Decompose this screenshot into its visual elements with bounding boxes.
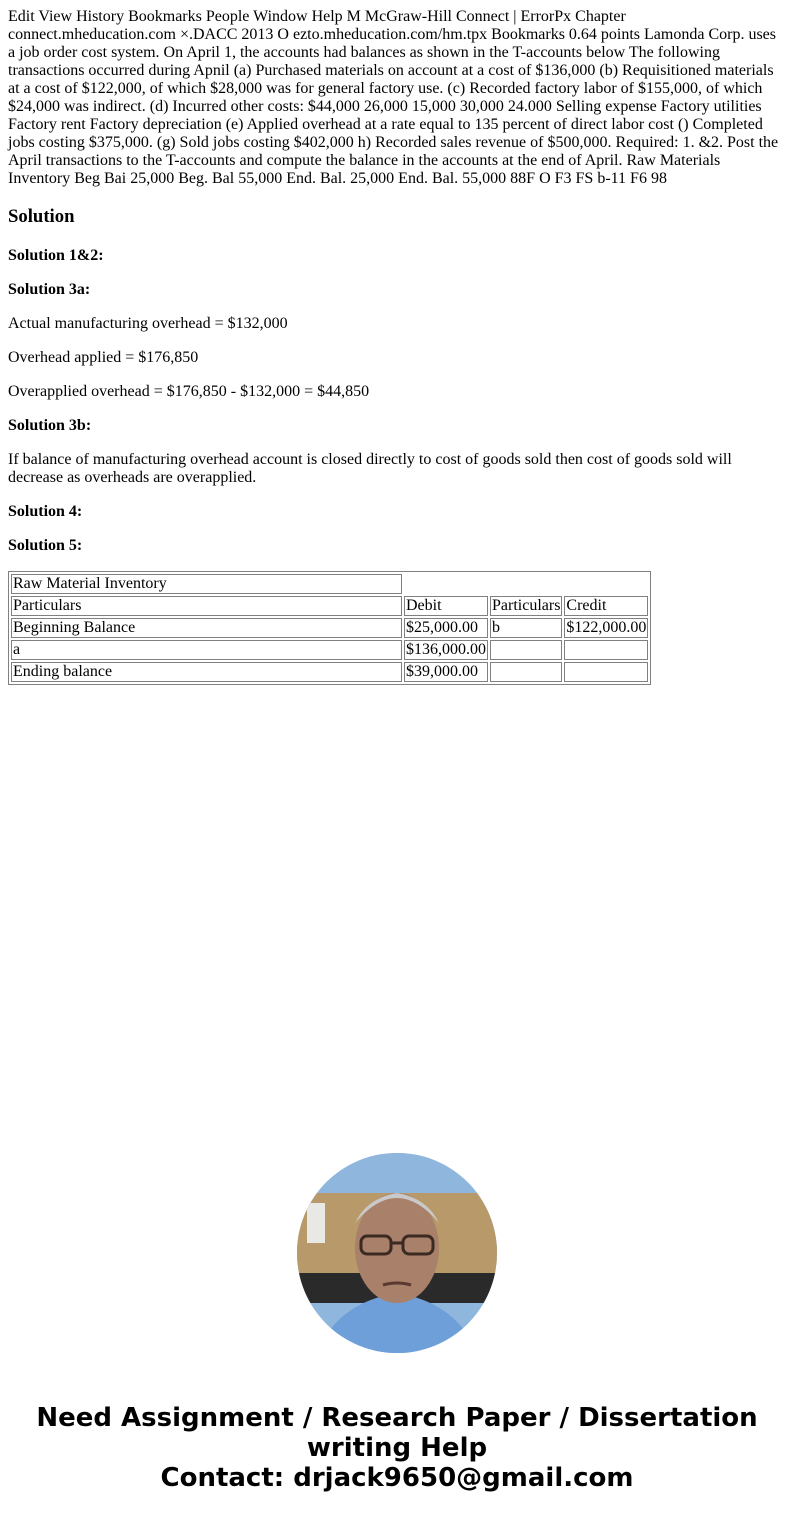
table-header-row: Particulars Debit Particulars Credit: [11, 596, 648, 616]
header-credit: Credit: [564, 596, 648, 616]
cell-credit: [564, 662, 648, 682]
cell-credit: [564, 640, 648, 660]
cell-credit: $122,000.00: [564, 618, 648, 638]
solution-1-2-label: Solution 1&2:: [8, 247, 786, 265]
table-title: Raw Material Inventory: [11, 574, 402, 594]
solution-3b-text: If balance of manufacturing overhead acc…: [8, 451, 786, 487]
solution-4-label: Solution 4:: [8, 503, 786, 521]
solution-3a-label: Solution 3a:: [8, 281, 786, 299]
cell-particulars: Ending balance: [11, 662, 402, 682]
header-particulars-credit: Particulars: [490, 596, 562, 616]
cell-debit: $136,000.00: [404, 640, 488, 660]
promo-line-1: Need Assignment / Research Paper / Disse…: [0, 1403, 794, 1433]
promo-banner: Need Assignment / Research Paper / Disse…: [0, 1403, 794, 1493]
header-debit: Debit: [404, 596, 488, 616]
promo-line-2: writing Help: [0, 1433, 794, 1463]
table-row: Ending balance $39,000.00: [11, 662, 648, 682]
table-row: a $136,000.00: [11, 640, 648, 660]
solution-3b-label: Solution 3b:: [8, 417, 786, 435]
cell-debit: $25,000.00: [404, 618, 488, 638]
author-avatar: [297, 1153, 497, 1353]
raw-material-inventory-table: Raw Material Inventory Particulars Debit…: [8, 571, 651, 685]
cell-particulars: a: [11, 640, 402, 660]
question-block: Edit View History Bookmarks People Windo…: [8, 8, 786, 188]
portrait-image: [297, 1153, 497, 1353]
table-row: Beginning Balance $25,000.00 b $122,000.…: [11, 618, 648, 638]
table-title-row: Raw Material Inventory: [11, 574, 648, 594]
header-particulars: Particulars: [11, 596, 402, 616]
promo-contact: Contact: drjack9650@gmail.com: [0, 1463, 794, 1493]
actual-overhead-text: Actual manufacturing overhead = $132,000: [8, 315, 786, 333]
cell-particulars-credit: [490, 640, 562, 660]
overapplied-text: Overapplied overhead = $176,850 - $132,0…: [8, 383, 786, 401]
solution-heading: Solution: [8, 208, 74, 226]
question-text: Edit View History Bookmarks People Windo…: [8, 8, 786, 188]
cell-particulars-credit: b: [490, 618, 562, 638]
cell-particulars-credit: [490, 662, 562, 682]
cell-particulars: Beginning Balance: [11, 618, 402, 638]
overhead-applied-text: Overhead applied = $176,850: [8, 349, 786, 367]
solution-5-label: Solution 5:: [8, 537, 786, 555]
cell-debit: $39,000.00: [404, 662, 488, 682]
